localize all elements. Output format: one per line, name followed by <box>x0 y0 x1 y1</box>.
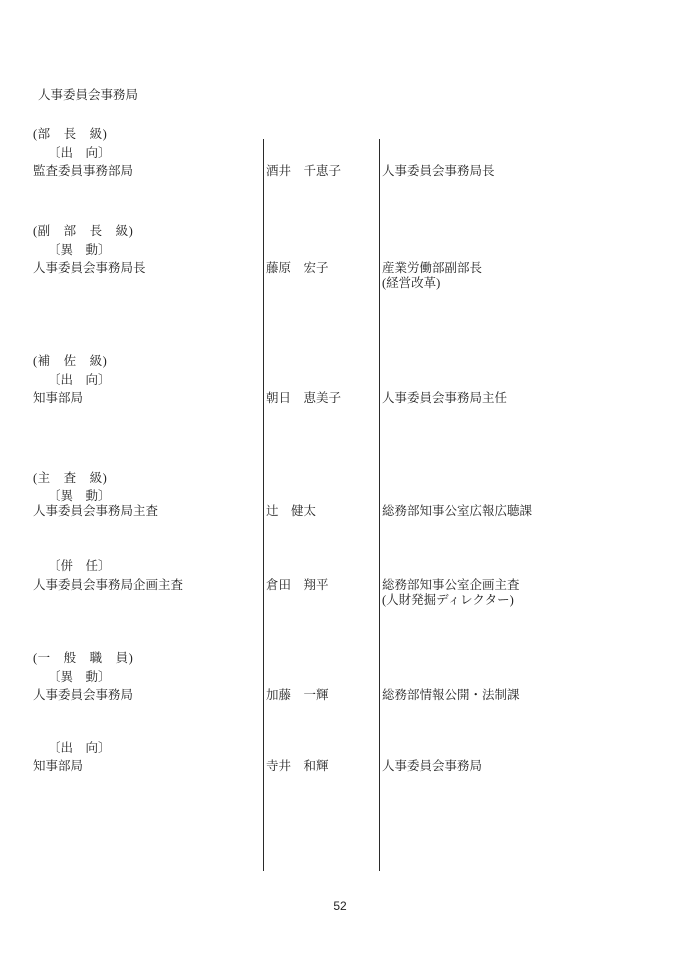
page-title: 人事委員会事務局 <box>38 88 138 103</box>
move-type-label: 〔出 向〕 <box>48 741 111 756</box>
new-position: 人事委員会事務局 <box>382 759 482 774</box>
staff-name: 酒井 千恵子 <box>266 164 341 179</box>
column-divider-line-1 <box>263 139 264 871</box>
old-position: 知事部局 <box>33 391 83 406</box>
column-divider-line-2 <box>379 139 380 871</box>
staff-name: 辻 健太 <box>266 504 316 519</box>
new-position: 人事委員会事務局主任 <box>382 391 507 406</box>
rank-header: (副 部 長 級) <box>33 224 133 239</box>
staff-name: 倉田 翔平 <box>266 578 329 593</box>
new-position: 人事委員会事務局長 <box>382 164 495 179</box>
old-position: 人事委員会事務局 <box>33 688 133 703</box>
rank-header: (補 佐 級) <box>33 354 107 369</box>
rank-header: (一 般 職 員) <box>33 651 133 666</box>
new-position: 産業労働部副部長 (経営改革) <box>382 261 482 291</box>
move-type-label: 〔出 向〕 <box>48 373 111 388</box>
rank-header: (主 査 級) <box>33 471 107 486</box>
new-position: 総務部知事公室企画主査 (人財発掘ディレクター) <box>382 578 520 608</box>
rank-header: (部 長 級) <box>33 127 107 142</box>
staff-name: 寺井 和輝 <box>266 759 329 774</box>
move-type-label: 〔異 動〕 <box>48 243 111 258</box>
staff-name: 藤原 宏子 <box>266 261 329 276</box>
old-position: 知事部局 <box>33 759 83 774</box>
old-position: 人事委員会事務局主査 <box>33 504 158 519</box>
document-page: 人事委員会事務局 (部 長 級) 〔出 向〕 監査委員事務部局 酒井 千恵子 人… <box>0 0 680 961</box>
old-position: 人事委員会事務局長 <box>33 261 146 276</box>
move-type-label: 〔異 動〕 <box>48 489 111 504</box>
old-position: 監査委員事務部局 <box>33 164 133 179</box>
old-position: 人事委員会事務局企画主査 <box>33 578 183 593</box>
staff-name: 加藤 一輝 <box>266 688 329 703</box>
move-type-label: 〔併 任〕 <box>48 559 111 574</box>
move-type-label: 〔異 動〕 <box>48 670 111 685</box>
move-type-label: 〔出 向〕 <box>48 146 111 161</box>
staff-name: 朝日 恵美子 <box>266 391 341 406</box>
new-position: 総務部情報公開・法制課 <box>382 688 520 703</box>
page-number: 52 <box>0 899 680 913</box>
new-position: 総務部知事公室広報広聴課 <box>382 504 532 519</box>
